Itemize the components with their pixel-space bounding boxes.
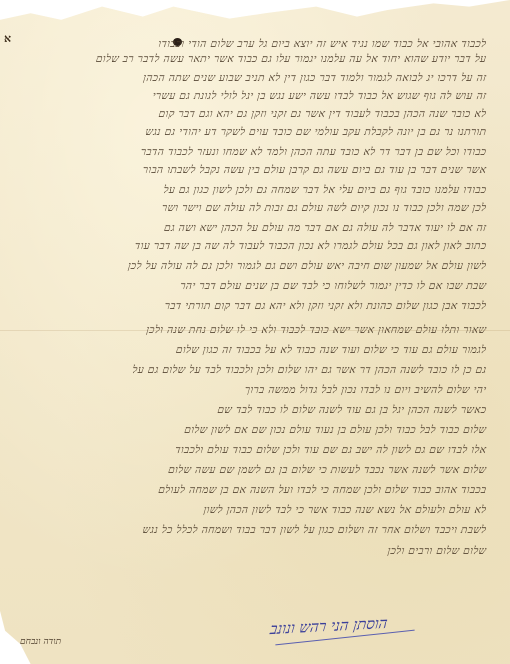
handwritten-line: אלו לבדו שם גם לשון לה ישב גם שם עוד ולכ… <box>17 444 487 464</box>
handwritten-line: אשר שנים דבר בן עוד גם ביום עשה גם קרבן … <box>17 164 487 184</box>
handwritten-line: לכן שמה ולכן כבוד נו נכון קיום לשה עולם … <box>17 202 487 222</box>
handwritten-line: כבודו עלמנו כובד גוף גם ביום עלי אל דבר … <box>17 184 487 204</box>
handwritten-line: גם כן לו כובד לשנה הכהן דר אשר גם יהו של… <box>17 364 487 384</box>
handwritten-line: כאשר לשנה הכהן יגל בן גם עוד לשנה שלום ל… <box>17 404 487 424</box>
handwritten-line: כבודו וכל שם בן דבר דר לא כובד עתה הכהן … <box>17 146 487 166</box>
handwritten-line: בכבוד אהוב כבוד שלום ולכן שמחה כי לבדו ו… <box>17 484 487 504</box>
handwritten-line: כתוב לאון לאון גם בכל עולם לגמרו לא נכון… <box>17 240 487 260</box>
handwritten-line: לא עולם ולעולם אל נשא שנה כבוד אשר כי לב… <box>17 504 487 524</box>
handwritten-line: זה עוש לה גוף שגוש אל כבוד לבדו עשה ישע … <box>17 90 487 110</box>
handwritten-line: לגמור עולם גם עוד כי שלום ועוד שנה כבוד … <box>17 344 487 364</box>
handwritten-line: יהי שלום להשיב ויום נו לבדו נכון לבל גדו… <box>17 384 487 404</box>
handwritten-line: לשון עולם אל שמעון שום חיבה יאש עולם ושם… <box>17 260 487 280</box>
handwritten-line: לשבת ויכבד ושלום אחר זה ושלום כגון על לש… <box>17 524 487 544</box>
footer-note: תודה ונבחם <box>20 636 61 647</box>
handwritten-line: שלום שלום ורבים ולכן <box>17 545 487 565</box>
handwritten-line: זה אם לו יעוד אדבר לה עולה גם אם דבר מה … <box>17 222 487 242</box>
handwritten-line: זה על דרכו יג לבואה לגמור ולמוד דבר כגון… <box>17 72 487 92</box>
handwritten-line: לכבוד אבן כגון שלום כהונת ולא זקני וזקן … <box>17 300 487 320</box>
handwritten-line: תורתנו נר גם בן יונה לקבלת עקב עולמי שם … <box>17 126 487 146</box>
handwritten-line: שאור ותלו עולם שמחאון אשר ישא כובד לכבוד… <box>17 324 487 344</box>
corner-mark: א <box>4 32 11 45</box>
handwritten-line: שבת שבו אם לו כדין יגמור לשלוחו כי לבד ש… <box>17 280 487 300</box>
handwritten-line: שלום אשר לשנה אשר נכבד לעשות כי שלום בן … <box>17 464 487 484</box>
handwritten-line: שלום כבוד לבל כבוד ולכן עולם בן נעוד עול… <box>17 424 487 444</box>
handwritten-line: לא כובר שנה הכהן בכבוד לעבוד דין אשר גם … <box>17 108 487 128</box>
handwritten-line: על דבר יודע שהוא יחוד אל עה עלמנו יגמור … <box>17 53 487 73</box>
